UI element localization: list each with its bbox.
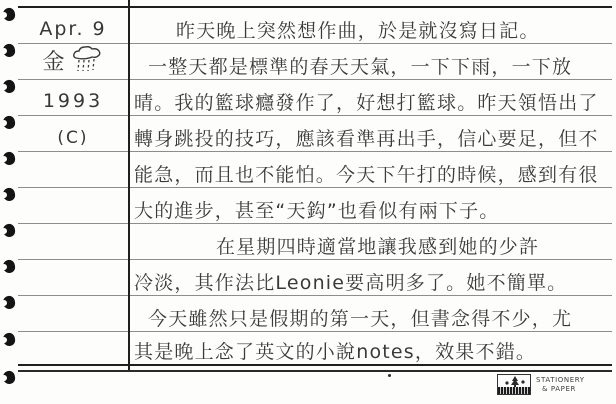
diary-row: 金 一整天都是標準的春天天氣，一下下雨，一下放 <box>18 44 612 80</box>
diary-row: 今天雖然只是假期的第一天，但書念得不少，尤 <box>18 296 612 332</box>
brand-text-line1: STATIONERY <box>536 376 585 384</box>
diary-row: 能急，而且也不能怕。今天下午打的時候，感到有很 <box>18 152 612 188</box>
diary-notebook-page: Apr. 9 昨天晚上突然想作曲，於是就沒寫日記。 金 <box>0 0 616 404</box>
margin-rule-line <box>128 0 130 372</box>
brand-name-band <box>498 387 530 394</box>
diary-row: 在星期四時適當地讓我感到她的少許 <box>18 224 612 260</box>
binding-hole-icon <box>2 115 16 130</box>
diary-line: 能急，而且也不能怕。今天下午打的時候，感到有很 <box>134 166 599 185</box>
diary-line: 一整天都是標準的春天天氣，一下下雨，一下放 <box>148 58 572 77</box>
bottom-border-line <box>18 364 612 366</box>
brand-text-line2: & PAPER <box>536 385 585 394</box>
binding-hole-icon <box>2 79 16 94</box>
brand-text: STATIONERY & PAPER <box>536 376 585 394</box>
binding-hole-icon <box>2 223 16 238</box>
brand-logo <box>497 374 531 395</box>
diary-line: 在星期四時適當地讓我感到她的少許 <box>216 238 539 257</box>
binding-hole-icon <box>2 370 16 385</box>
diary-line: 冷淡，其作法比Leonie要高明多了。她不簡單。 <box>134 274 567 293</box>
diary-line: 轉身跳投的技巧，應該看準再出手，信心要足，但不 <box>134 130 599 149</box>
binding-hole-icon <box>2 187 16 202</box>
year-label: 1993 <box>43 90 103 112</box>
diary-row: (C) 轉身跳投的技巧，應該看準再出手，信心要足，但不 <box>18 116 612 152</box>
binding-hole-icon <box>2 43 16 58</box>
diary-row: 大的進步，甚至“天鈎”也看似有兩下子。 <box>18 188 612 224</box>
diary-line: 昨天晚上突然想作曲，於是就沒寫日記。 <box>176 22 540 41</box>
binding-hole-icon <box>2 151 16 166</box>
diary-row: 冷淡，其作法比Leonie要高明多了。她不簡單。 <box>18 260 612 296</box>
diary-row: Apr. 9 昨天晚上突然想作曲，於是就沒寫日記。 <box>18 8 612 44</box>
date-label: Apr. 9 <box>39 18 106 40</box>
rain-cloud-icon <box>70 45 104 76</box>
binding-hole-icon <box>2 295 16 310</box>
ruled-sheet: Apr. 9 昨天晚上突然想作曲，於是就沒寫日記。 金 <box>18 6 612 364</box>
diary-line: 今天雖然只是假期的第一天，但書念得不少，尤 <box>148 310 572 329</box>
brand-footer: STATIONERY & PAPER <box>497 374 585 395</box>
binding-hole-icon <box>2 259 16 274</box>
weekday-label: 金 <box>42 45 64 76</box>
diary-line: 大的進步，甚至“天鈎”也看似有兩下子。 <box>134 202 500 221</box>
margin-note-label: (C) <box>57 128 88 148</box>
binding-hole-icon <box>2 7 16 22</box>
diary-line: 晴。我的籃球癮發作了，好想打籃球。昨天領悟出了 <box>134 94 599 113</box>
bottom-border-line <box>18 370 612 372</box>
binding-hole-icon <box>2 332 16 347</box>
diary-row: 其是晚上念了英文的小說notes，效果不錯。 <box>18 332 612 364</box>
diary-row: 1993 晴。我的籃球癮發作了，好想打籃球。昨天領悟出了 <box>18 80 612 116</box>
diary-line: 其是晚上念了英文的小說notes，效果不錯。 <box>134 343 536 362</box>
stray-ink-dot <box>388 374 391 377</box>
